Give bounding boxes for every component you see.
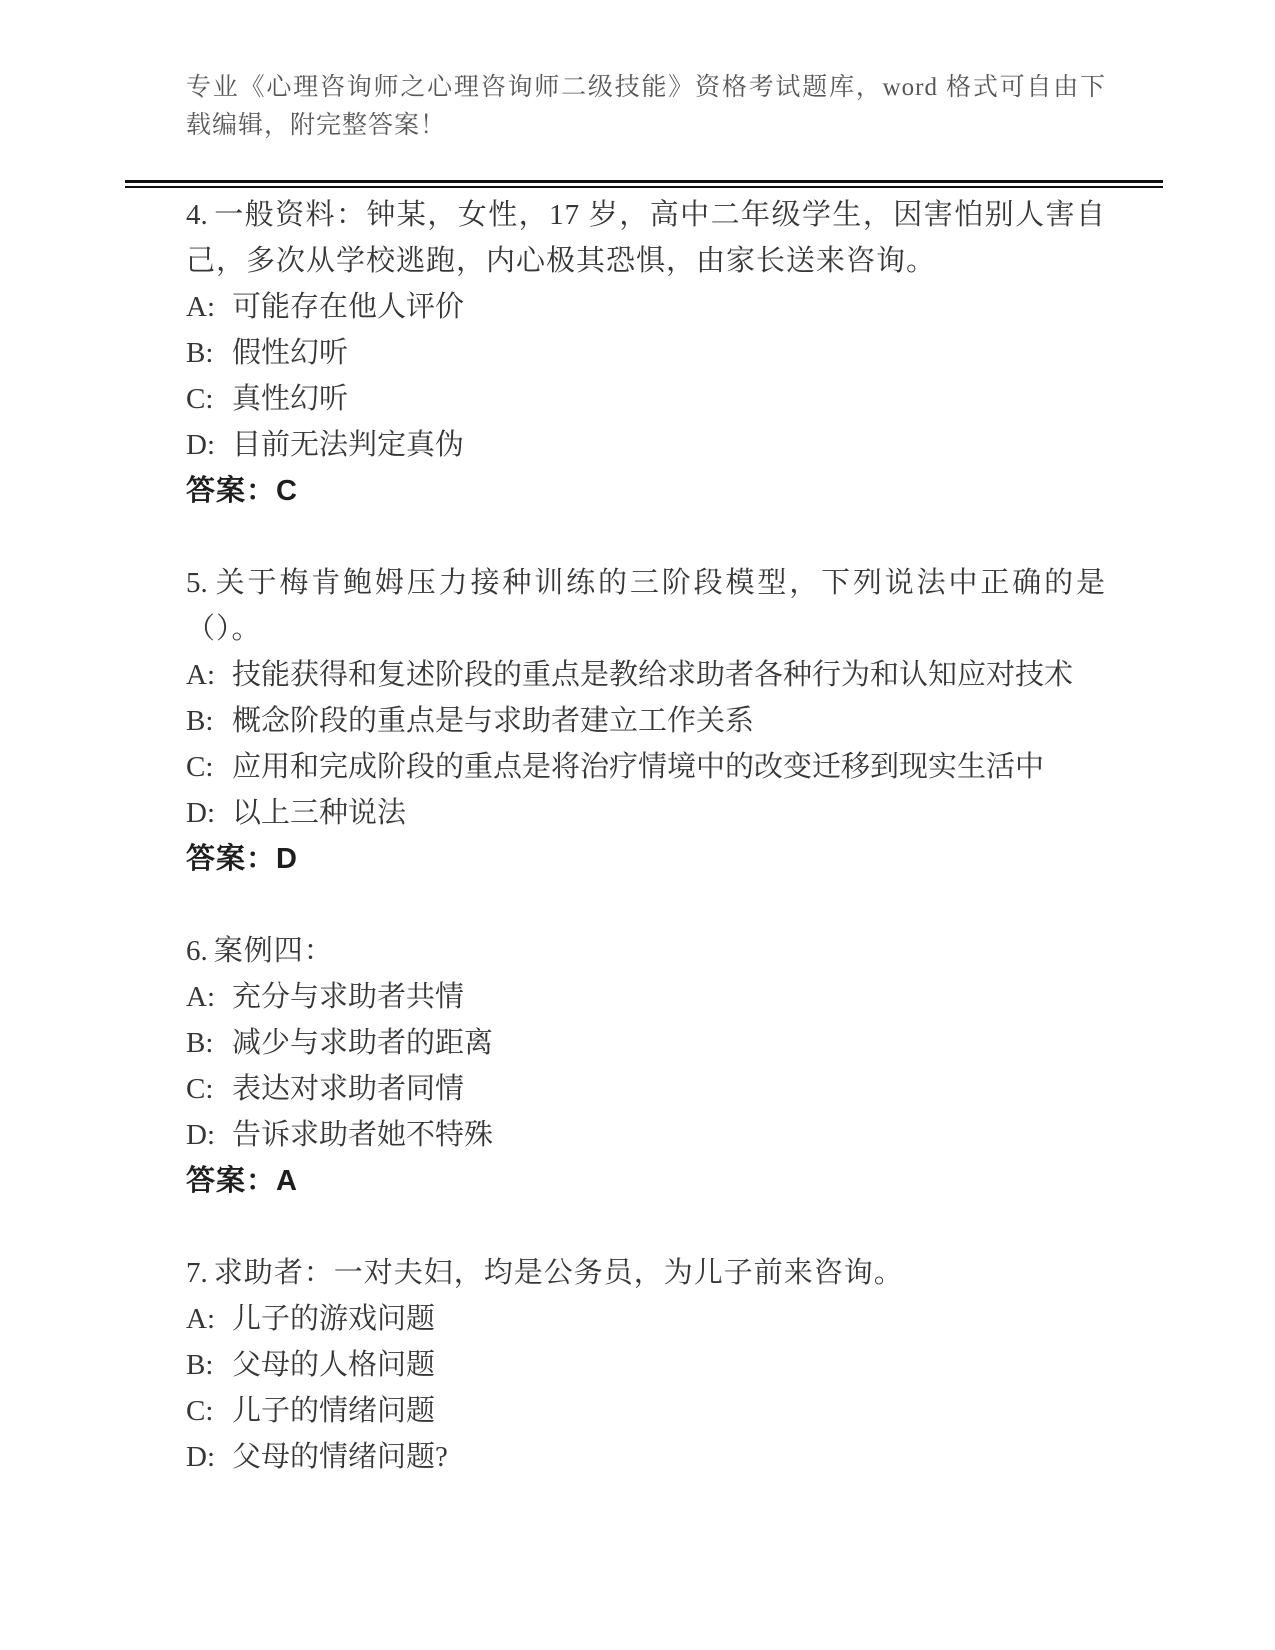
- question-block-4: 4.一般资料：钟某，女性，17 岁，高中二年级学生，因害怕别人害自己，多次从学校…: [186, 192, 1106, 514]
- option-line: B:父母的人格问题: [186, 1342, 1106, 1388]
- question-number: 7.: [186, 1257, 208, 1289]
- option-line: D:目前无法判定真伪: [186, 422, 1106, 468]
- option-text: 技能获得和复述阶段的重点是教给求助者各种行为和认知应对技术: [232, 659, 1073, 691]
- option-text: 告诉求助者她不特殊: [232, 1119, 493, 1151]
- option-label: B:: [186, 1342, 232, 1388]
- option-label: B:: [186, 1020, 232, 1066]
- question-number: 6.: [186, 935, 208, 967]
- answer-line: 答案：A: [186, 1158, 1106, 1204]
- answer-value: D: [276, 843, 298, 875]
- option-line: B:假性幻听: [186, 330, 1106, 376]
- option-label: A:: [186, 652, 232, 698]
- question-number: 5.: [186, 567, 208, 599]
- question-body: 关于梅肯鲍姆压力接种训练的三阶段模型，下列说法中正确的是（）。: [186, 567, 1106, 645]
- document-page: 专业《心理咨询师之心理咨询师二级技能》资格考试题库，word 格式可自由下载编辑…: [0, 0, 1275, 1650]
- option-text: 目前无法判定真伪: [232, 429, 464, 461]
- answer-value: C: [276, 475, 298, 507]
- option-label: A:: [186, 284, 232, 330]
- option-line: A:儿子的游戏问题: [186, 1296, 1106, 1342]
- question-text: 7.求助者：一对夫妇，均是公务员，为儿子前来咨询。: [186, 1250, 1106, 1296]
- option-text: 真性幻听: [232, 383, 348, 415]
- option-line: C:儿子的情绪问题: [186, 1388, 1106, 1434]
- option-line: C:应用和完成阶段的重点是将治疗情境中的改变迁移到现实生活中: [186, 744, 1106, 790]
- option-label: B:: [186, 698, 232, 744]
- answer-line: 答案：C: [186, 468, 1106, 514]
- option-text: 父母的人格问题: [232, 1349, 435, 1381]
- option-line: D:父母的情绪问题?: [186, 1434, 1106, 1480]
- document-body: 4.一般资料：钟某，女性，17 岁，高中二年级学生，因害怕别人害自己，多次从学校…: [186, 192, 1106, 1526]
- question-text: 5.关于梅肯鲍姆压力接种训练的三阶段模型，下列说法中正确的是（）。: [186, 560, 1106, 652]
- option-text: 应用和完成阶段的重点是将治疗情境中的改变迁移到现实生活中: [232, 751, 1044, 783]
- question-body: 案例四：: [214, 935, 334, 967]
- option-text: 表达对求助者同情: [232, 1073, 464, 1105]
- answer-label: 答案：: [186, 475, 276, 507]
- option-line: B:概念阶段的重点是与求助者建立工作关系: [186, 698, 1106, 744]
- option-text: 假性幻听: [232, 337, 348, 369]
- option-label: A:: [186, 974, 232, 1020]
- option-text: 概念阶段的重点是与求助者建立工作关系: [232, 705, 754, 737]
- option-text: 减少与求助者的距离: [232, 1027, 493, 1059]
- option-label: C:: [186, 1388, 232, 1434]
- option-text: 以上三种说法: [232, 797, 406, 829]
- question-body: 求助者：一对夫妇，均是公务员，为儿子前来咨询。: [214, 1257, 904, 1289]
- answer-label: 答案：: [186, 1165, 276, 1197]
- option-line: D:以上三种说法: [186, 790, 1106, 836]
- question-block-6: 6.案例四： A:充分与求助者共情 B:减少与求助者的距离 C:表达对求助者同情…: [186, 928, 1106, 1204]
- option-label: C:: [186, 1066, 232, 1112]
- option-text: 父母的情绪问题?: [232, 1441, 448, 1473]
- question-block-5: 5.关于梅肯鲍姆压力接种训练的三阶段模型，下列说法中正确的是（）。 A:技能获得…: [186, 560, 1106, 882]
- option-line: A:技能获得和复述阶段的重点是教给求助者各种行为和认知应对技术: [186, 652, 1106, 698]
- option-label: C:: [186, 376, 232, 422]
- question-text: 4.一般资料：钟某，女性，17 岁，高中二年级学生，因害怕别人害自己，多次从学校…: [186, 192, 1106, 284]
- question-body: 一般资料：钟某，女性，17 岁，高中二年级学生，因害怕别人害自己，多次从学校逃跑…: [186, 199, 1106, 277]
- answer-line: 答案：D: [186, 836, 1106, 882]
- option-line: C:表达对求助者同情: [186, 1066, 1106, 1112]
- question-number: 4.: [186, 199, 208, 231]
- option-label: D:: [186, 1112, 232, 1158]
- option-label: D:: [186, 422, 232, 468]
- option-label: D:: [186, 790, 232, 836]
- option-label: A:: [186, 1296, 232, 1342]
- option-line: A:充分与求助者共情: [186, 974, 1106, 1020]
- option-line: C:真性幻听: [186, 376, 1106, 422]
- option-label: B:: [186, 330, 232, 376]
- option-line: A:可能存在他人评价: [186, 284, 1106, 330]
- option-text: 充分与求助者共情: [232, 981, 464, 1013]
- question-text: 6.案例四：: [186, 928, 1106, 974]
- option-line: D:告诉求助者她不特殊: [186, 1112, 1106, 1158]
- header-divider: [125, 180, 1163, 188]
- option-text: 可能存在他人评价: [232, 291, 464, 323]
- document-header: 专业《心理咨询师之心理咨询师二级技能》资格考试题库，word 格式可自由下载编辑…: [186, 69, 1106, 145]
- option-label: C:: [186, 744, 232, 790]
- answer-value: A: [276, 1165, 298, 1197]
- option-text: 儿子的游戏问题: [232, 1303, 435, 1335]
- answer-label: 答案：: [186, 843, 276, 875]
- option-line: B:减少与求助者的距离: [186, 1020, 1106, 1066]
- question-block-7: 7.求助者：一对夫妇，均是公务员，为儿子前来咨询。 A:儿子的游戏问题 B:父母…: [186, 1250, 1106, 1480]
- option-label: D:: [186, 1434, 232, 1480]
- option-text: 儿子的情绪问题: [232, 1395, 435, 1427]
